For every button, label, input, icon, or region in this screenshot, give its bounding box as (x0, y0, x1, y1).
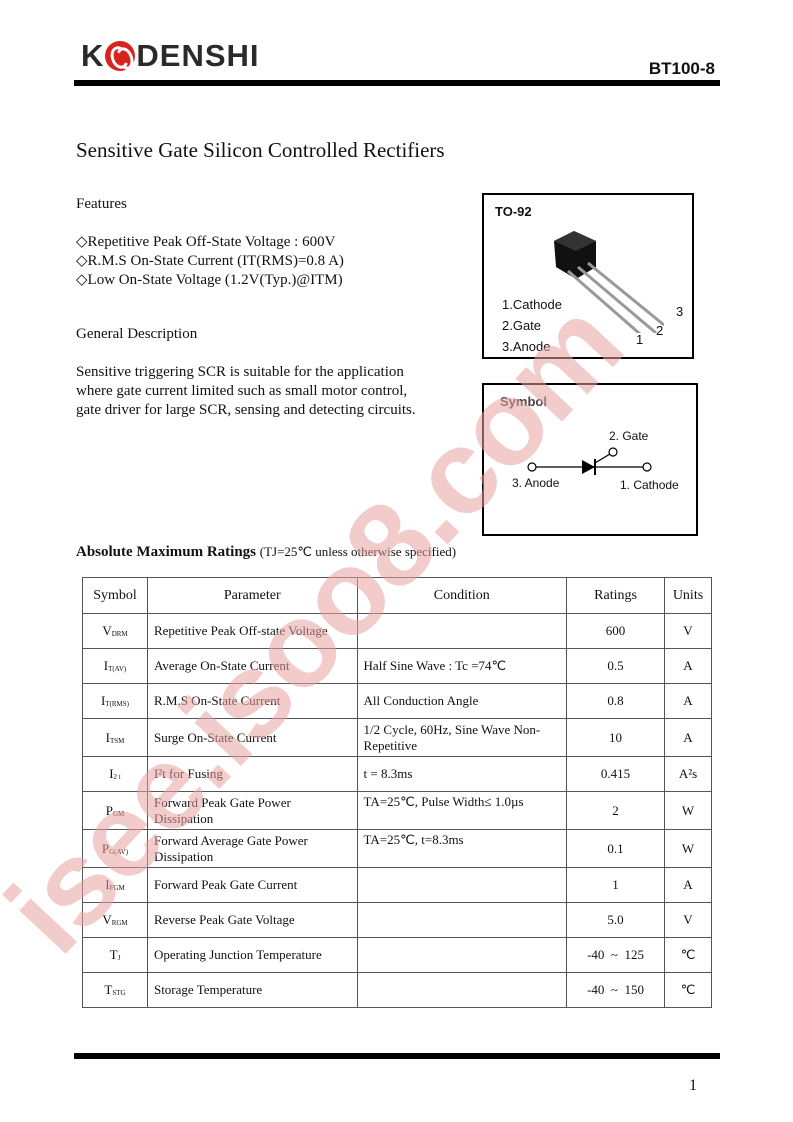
cell-unit: ℃ (664, 938, 711, 973)
description-heading: General Description (76, 326, 197, 343)
symbol-box: Symbol 2. Gate 3. Anode 1. Cathode (482, 383, 698, 536)
cell-unit: W (664, 830, 711, 868)
cell-parameter: Forward Peak Gate Current (147, 868, 357, 903)
cell-symbol: TJ (83, 938, 148, 973)
document-title: Sensitive Gate Silicon Controlled Rectif… (76, 138, 445, 163)
pin-cathode: 1.Cathode (502, 294, 562, 315)
cell-unit: A (664, 649, 711, 684)
cell-rating: 10 (567, 719, 665, 757)
cell-condition (357, 868, 567, 903)
cell-unit: A (664, 684, 711, 719)
cell-unit: A (664, 868, 711, 903)
header-rule (74, 80, 720, 86)
cell-rating: 1 (567, 868, 665, 903)
pin-anode: 3.Anode (502, 336, 562, 357)
cell-rating: 0.415 (567, 757, 665, 792)
cell-rating: 0.8 (567, 684, 665, 719)
table-header-row: Symbol Parameter Condition Ratings Units (83, 578, 712, 614)
cell-rating: -40 ~ 150 (567, 973, 665, 1008)
cell-symbol: IT(AV) (83, 649, 148, 684)
table-row: PGMForward Peak Gate Power DissipationTA… (83, 792, 712, 830)
cell-rating: 0.1 (567, 830, 665, 868)
cell-condition: All Conduction Angle (357, 684, 567, 719)
cathode-label: 1. Cathode (620, 478, 679, 492)
col-condition: Condition (357, 578, 567, 614)
table-row: IFGMForward Peak Gate Current1A (83, 868, 712, 903)
cell-condition: Half Sine Wave : Tc =74℃ (357, 649, 567, 684)
cell-parameter: R.M.S On-State Current (147, 684, 357, 719)
pin-list: 1.Cathode 2.Gate 3.Anode (502, 294, 562, 357)
col-units: Units (664, 578, 711, 614)
pin-number-1: 1 (636, 332, 643, 347)
cell-rating: 600 (567, 614, 665, 649)
cell-unit: V (664, 903, 711, 938)
cell-symbol: PG(AV) (83, 830, 148, 868)
cell-rating: 2 (567, 792, 665, 830)
cell-parameter: Repetitive Peak Off-state Voltage (147, 614, 357, 649)
cell-condition: TA=25℃, Pulse Width≤ 1.0µs (357, 792, 567, 830)
cell-symbol: TSTG (83, 973, 148, 1008)
table-row: PG(AV)Forward Average Gate Power Dissipa… (83, 830, 712, 868)
ratings-table: Symbol Parameter Condition Ratings Units… (82, 577, 712, 1008)
part-number: BT100-8 (649, 59, 715, 79)
table-row: IT(AV)Average On-State CurrentHalf Sine … (83, 649, 712, 684)
cell-parameter: Average On-State Current (147, 649, 357, 684)
brand-logo: K DENSHI (81, 40, 260, 72)
footer-rule (74, 1053, 720, 1059)
anode-label: 3. Anode (512, 476, 559, 490)
cell-rating: 0.5 (567, 649, 665, 684)
package-box: TO-92 1.Cathode 2.Gate 3.Anode 1 2 3 (482, 193, 694, 359)
cell-parameter: I²t for Fusing (147, 757, 357, 792)
table-row: TJOperating Junction Temperature-40 ~ 12… (83, 938, 712, 973)
description-line: where gate current limited such as small… (76, 382, 456, 401)
symbol-heading: Symbol (500, 394, 547, 409)
table-row: VDRMRepetitive Peak Off-state Voltage600… (83, 614, 712, 649)
cell-unit: W (664, 792, 711, 830)
features-list: Repetitive Peak Off-State Voltage : 600V… (76, 233, 344, 290)
table-row: VRGMReverse Peak Gate Voltage5.0V (83, 903, 712, 938)
package-name: TO-92 (495, 204, 532, 219)
features-heading: Features (76, 196, 127, 213)
description-text: Sensitive triggering SCR is suitable for… (76, 363, 456, 420)
brand-letter-k: K (81, 38, 104, 74)
ratings-subtitle: (TJ=25℃ unless otherwise specified) (260, 544, 456, 559)
col-symbol: Symbol (83, 578, 148, 614)
table-row: IT(RMS)R.M.S On-State CurrentAll Conduct… (83, 684, 712, 719)
table-row: ITSMSurge On-State Current1/2 Cycle, 60H… (83, 719, 712, 757)
cell-condition (357, 973, 567, 1008)
cell-rating: -40 ~ 125 (567, 938, 665, 973)
to92-package-icon (544, 223, 664, 333)
page-number: 1 (689, 1077, 697, 1095)
table-row: I2 tI²t for Fusingt = 8.3ms0.415A²s (83, 757, 712, 792)
cell-symbol: PGM (83, 792, 148, 830)
cell-parameter: Forward Average Gate Power Dissipation (147, 830, 357, 868)
feature-item: R.M.S On-State Current (IT(RMS)=0.8 A) (76, 252, 344, 271)
brand-mark-icon (105, 41, 135, 71)
pin-number-2: 2 (656, 323, 663, 338)
cell-unit: A (664, 719, 711, 757)
cell-symbol: IT(RMS) (83, 684, 148, 719)
ratings-heading: Absolute Maximum Ratings (76, 544, 256, 560)
cell-symbol: ITSM (83, 719, 148, 757)
ratings-title: Absolute Maximum Ratings (TJ=25℃ unless … (76, 544, 456, 561)
cell-unit: A²s (664, 757, 711, 792)
cell-symbol: I2 t (83, 757, 148, 792)
pin-gate: 2.Gate (502, 315, 562, 336)
cell-unit: ℃ (664, 973, 711, 1008)
col-ratings: Ratings (567, 578, 665, 614)
description-line: Sensitive triggering SCR is suitable for… (76, 363, 456, 382)
col-parameter: Parameter (147, 578, 357, 614)
brand-name: DENSHI (136, 38, 259, 74)
cell-condition: TA=25℃, t=8.3ms (357, 830, 567, 868)
gate-label: 2. Gate (609, 429, 648, 443)
cell-rating: 5.0 (567, 903, 665, 938)
description-line: gate driver for large SCR, sensing and d… (76, 401, 456, 420)
cell-condition (357, 938, 567, 973)
table-row: TSTGStorage Temperature-40 ~ 150℃ (83, 973, 712, 1008)
cell-parameter: Operating Junction Temperature (147, 938, 357, 973)
cell-condition: 1/2 Cycle, 60Hz, Sine Wave Non-Repetitiv… (357, 719, 567, 757)
cell-symbol: IFGM (83, 868, 148, 903)
cell-symbol: VDRM (83, 614, 148, 649)
feature-item: Low On-State Voltage (1.2V(Typ.)@ITM) (76, 271, 344, 290)
cell-parameter: Forward Peak Gate Power Dissipation (147, 792, 357, 830)
cell-parameter: Storage Temperature (147, 973, 357, 1008)
cell-condition (357, 903, 567, 938)
pin-number-3: 3 (676, 304, 683, 319)
cell-unit: V (664, 614, 711, 649)
feature-item: Repetitive Peak Off-State Voltage : 600V (76, 233, 344, 252)
cell-parameter: Reverse Peak Gate Voltage (147, 903, 357, 938)
cell-symbol: VRGM (83, 903, 148, 938)
cell-parameter: Surge On-State Current (147, 719, 357, 757)
cell-condition (357, 614, 567, 649)
cell-condition: t = 8.3ms (357, 757, 567, 792)
